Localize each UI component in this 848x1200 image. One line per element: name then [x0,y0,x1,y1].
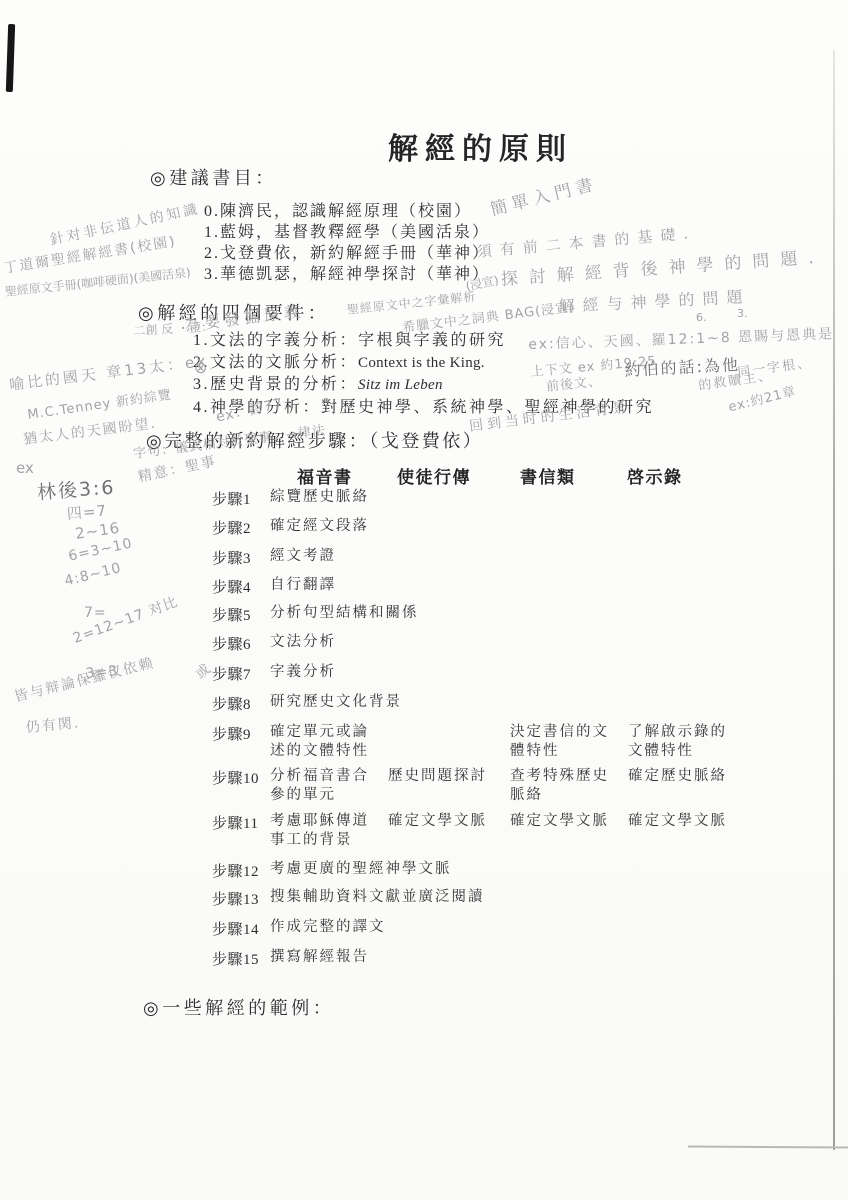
handwritten-annotation: 簡單入門書 [487,169,600,220]
step-cell: 研究歷史文化背景 [270,693,402,712]
requirement-text: 3.歷史背景的分析： [193,376,358,393]
step-cell: 了解啟示錄的文體特性 [628,723,734,760]
bibliography-item: 3.華德凱瑟，解經神學探討（華神） [204,264,490,285]
page-edge-bottom [688,1145,848,1148]
step-label: 步驟7 [212,663,251,684]
column-header-4: 啓示錄 [627,463,683,488]
step-label: 步驟15 [212,948,259,969]
handwritten-annotation: ex:信心、天國、羅12:1~8 恩賜与恩典是 [528,323,834,354]
step-label: 步驟2 [212,517,251,538]
step-label: 步驟12 [212,860,259,881]
step-cell: 確定歷史脈絡 [628,767,734,786]
step-cell: 文法分析 [270,633,336,652]
column-header-3: 書信類 [520,463,576,488]
step-cell: 考慮更廣的聖經神學文脈 [270,860,452,879]
requirement-text: 2.文法的文脈分析： [193,354,358,371]
step-label: 步驟6 [212,633,251,654]
step-label: 步驟10 [212,767,259,788]
step-cell: 歷史問題探討 [388,767,494,786]
requirement-latin-phrase: Context is the King. [358,355,485,371]
scanned-document-page: 解經的原則 ◎建議書目： 0.陳濟民，認識解經原理（校園）1.藍姆，基督教釋經學… [0,0,848,1200]
step-cell: 確定文學文脈 [388,812,494,831]
requirement-latin-phrase: Sitz im Leben [358,377,443,393]
step-cell: 分析句型結構和關係 [270,604,419,623]
step-cell: 確定單元或論述的文體特性 [270,723,376,760]
step-label: 步驟5 [212,604,251,625]
step-label: 步驟4 [212,576,251,597]
step-cell: 決定書信的文體特性 [510,723,616,760]
step-cell: 考慮耶穌傳道事工的背景 [270,812,376,849]
step-label: 步驟1 [212,488,251,509]
bibliography-item: 1.藍姆，基督教釋經學（美國活泉） [204,222,490,243]
step-cell: 確定文學文脈 [628,812,734,831]
step-cell: 自行翻譯 [270,576,336,595]
step-cell: 確定文學文脈 [510,812,616,831]
bibliography-item: 2.戈登費依，新約解經手冊（華神） [204,243,490,264]
step-cell: 作成完整的譯文 [270,918,386,937]
step-cell: 確定經文段落 [270,517,369,536]
column-header-2: 使徒行傳 [397,463,471,488]
step-cell: 經文考證 [270,547,336,566]
document-title: 解經的原則 [388,124,573,168]
handwritten-annotation: 6. [696,311,707,324]
bibliography-list: 0.陳濟民，認識解經原理（校園）1.藍姆，基督教釋經學（美國活泉）2.戈登費依，… [204,201,490,285]
step-cell: 綜覽歷史脈絡 [270,488,369,507]
examples-header: ◎一些解經的範例： [143,994,334,1020]
page-edge-right [833,50,835,1150]
column-header-1: 福音書 [297,463,353,488]
handwritten-annotation: 仍有関. [25,712,81,737]
handwritten-annotation: 4:8~10 [63,560,123,590]
handwritten-annotation: 皆与辩論保羅仅依赖 [12,652,157,706]
step-cell: 分析福音書合參的單元 [270,767,376,804]
step-label: 步驟13 [212,888,259,909]
scan-artifact-mark [6,24,15,92]
handwritten-annotation: 字句：儀式相对於聖事、→律法 [132,419,327,461]
handwritten-annotation: 解經与神學的問題 [558,284,751,317]
bibliography-item: 0.陳濟民，認識解經原理（校園） [204,201,490,222]
handwritten-annotation: ex [16,459,34,477]
step-cell: 撰寫解經報告 [270,948,369,967]
step-label: 步驟11 [212,812,258,833]
step-cell: 查考特殊歷史脈絡 [510,767,616,804]
step-cell: 字義分析 [270,663,336,682]
step-label: 步驟3 [212,547,251,568]
step-label: 步驟9 [212,723,251,744]
step-label: 步驟14 [212,918,259,939]
requirement-text: 1.文法的字義分析：字根與字義的研究 [193,332,506,349]
step-label: 步驟8 [212,693,251,714]
step-cell: 搜集輔助資料文獻並廣泛閱讀 [270,888,485,907]
handwritten-annotation: 3. [737,307,748,320]
handwritten-annotation: 喻比的國天 章13太：ex [8,350,210,395]
bibliography-header: ◎建議書目： [150,164,277,190]
